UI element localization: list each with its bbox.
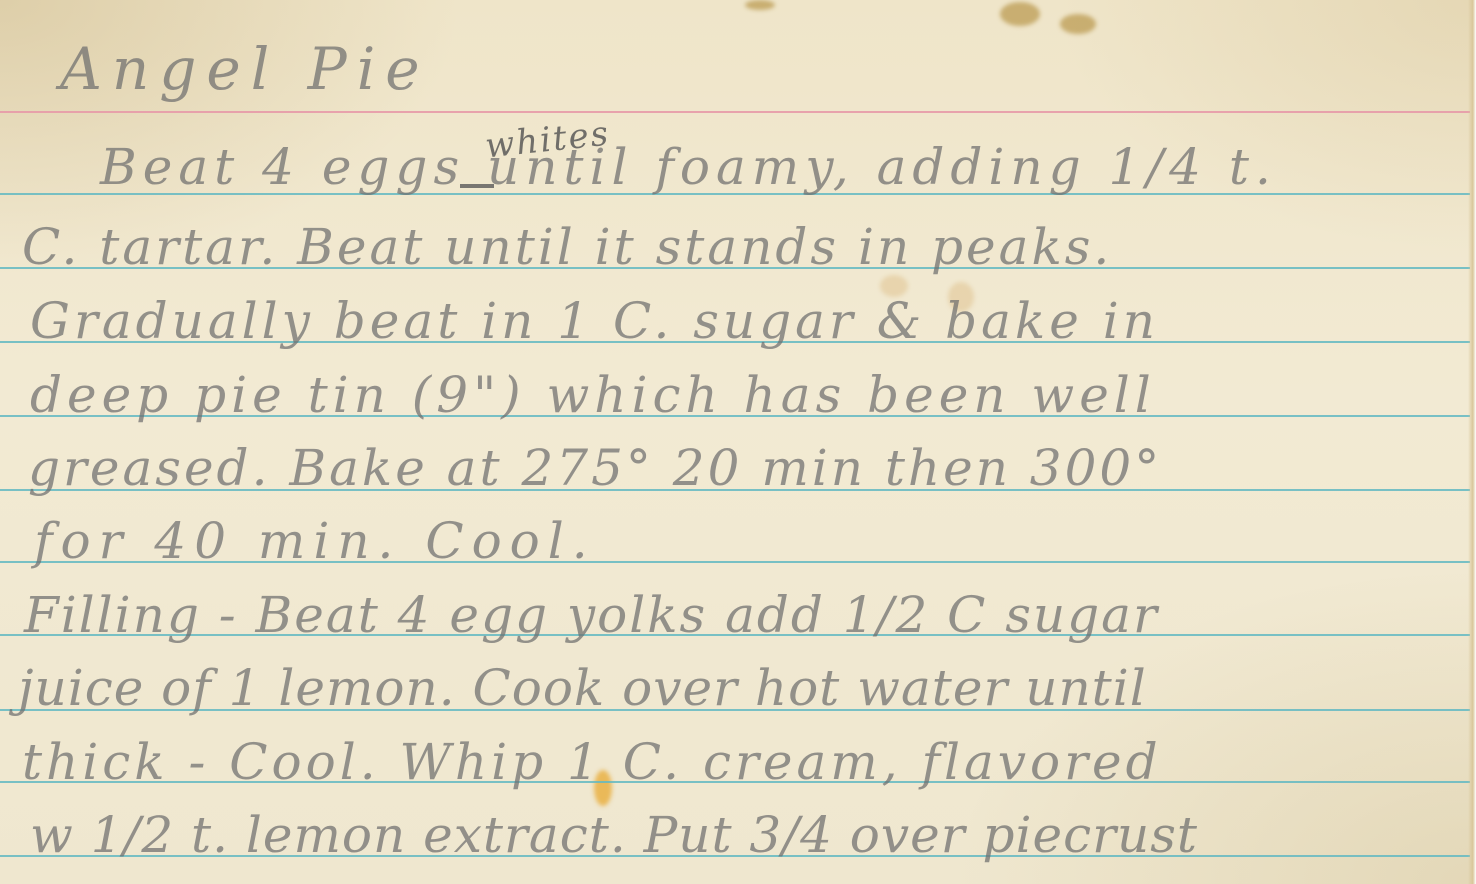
recipe-line-3: Gradually beat in 1 C. sugar & bake in [30, 296, 1159, 346]
header-rule [0, 111, 1470, 113]
recipe-line-8: juice of 1 lemon. Cook over hot water un… [18, 663, 1147, 713]
card-edge [1468, 0, 1476, 884]
recipe-title: Angel Pie [60, 40, 430, 98]
recipe-card: Angel Pie whites Beat 4 eggs until foamy… [0, 0, 1476, 884]
recipe-line-7: Filling - Beat 4 egg yolks add 1/2 C sug… [24, 590, 1159, 640]
stain-top-3 [745, 0, 775, 10]
recipe-line-5: greased. Bake at 275° 20 min then 300° [28, 443, 1162, 493]
recipe-line-1: Beat 4 eggs until foamy, adding 1/4 t. [100, 142, 1277, 192]
recipe-line-9: thick - Cool. Whip 1 C. cream, flavored [22, 737, 1162, 787]
recipe-line-10: w 1/2 t. lemon extract. Put 3/4 over pie… [30, 810, 1198, 860]
stain-top-1 [1000, 2, 1040, 26]
recipe-line-4: deep pie tin (9") which has been well [30, 370, 1156, 420]
recipe-line-2: C. tartar. Beat until it stands in peaks… [22, 222, 1112, 272]
recipe-line-6: for 40 min. Cool. [34, 516, 596, 566]
stain-top-2 [1060, 14, 1096, 34]
